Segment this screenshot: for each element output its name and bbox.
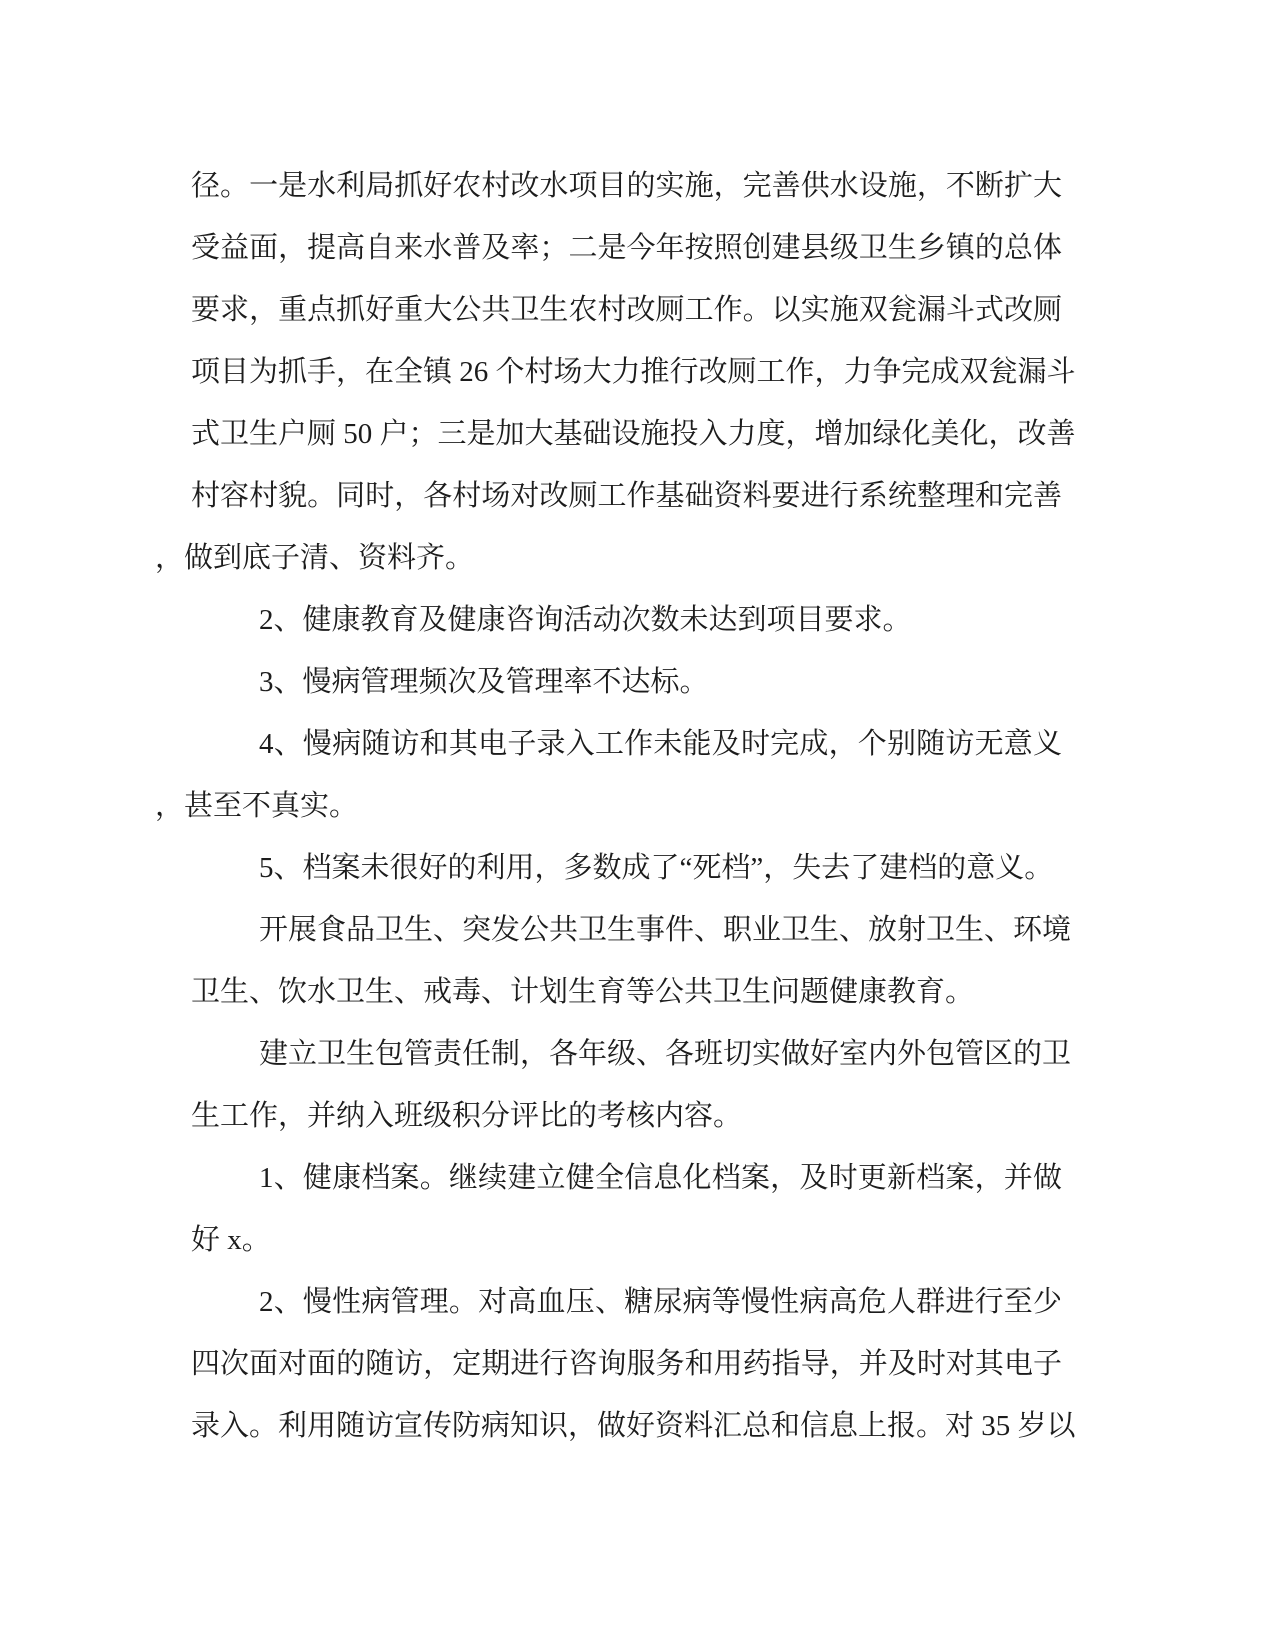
document-viewport: { "page": { "background_color": "#ffffff… bbox=[0, 0, 1275, 1650]
text-line-3: 要求，重点抓好重大公共卫生农村改厕工作。以实施双瓮漏斗式改厕 bbox=[191, 279, 1062, 341]
text-line-18: 好 x。 bbox=[191, 1209, 1062, 1271]
text-line-12: 5、档案未很好的利用，多数成了“死档”，失去了建档的意义。 bbox=[191, 837, 1062, 899]
text-line-7: ，做到底子清、资料齐。 bbox=[191, 527, 1062, 589]
text-line-11: ，甚至不真实。 bbox=[191, 775, 1062, 837]
text-line-19: 2、慢性病管理。对高血压、糖尿病等慢性病高危人群进行至少 bbox=[191, 1271, 1062, 1333]
text-line-13: 开展食品卫生、突发公共卫生事件、职业卫生、放射卫生、环境 bbox=[191, 899, 1062, 961]
text-line-9: 3、慢病管理频次及管理率不达标。 bbox=[191, 651, 1062, 713]
text-line-5: 式卫生户厕 50 户；三是加大基础设施投入力度，增加绿化美化，改善 bbox=[191, 403, 1062, 465]
text-line-21: 录入。利用随访宣传防病知识，做好资料汇总和信息上报。对 35 岁以 bbox=[191, 1395, 1062, 1457]
text-line-17: 1、健康档案。继续建立健全信息化档案，及时更新档案，并做 bbox=[191, 1147, 1062, 1209]
document-page: 径。一是水利局抓好农村改水项目的实施，完善供水设施，不断扩大 受益面，提高自来水… bbox=[191, 155, 1062, 1457]
text-line-2: 受益面，提高自来水普及率；二是今年按照创建县级卫生乡镇的总体 bbox=[191, 217, 1062, 279]
text-line-16: 生工作，并纳入班级积分评比的考核内容。 bbox=[191, 1085, 1062, 1147]
text-line-14: 卫生、饮水卫生、戒毒、计划生育等公共卫生问题健康教育。 bbox=[191, 961, 1062, 1023]
text-line-6: 村容村貌。同时，各村场对改厕工作基础资料要进行系统整理和完善 bbox=[191, 465, 1062, 527]
text-line-15: 建立卫生包管责任制，各年级、各班切实做好室内外包管区的卫 bbox=[191, 1023, 1062, 1085]
text-line-8: 2、健康教育及健康咨询活动次数未达到项目要求。 bbox=[191, 589, 1062, 651]
text-line-4: 项目为抓手，在全镇 26 个村场大力推行改厕工作，力争完成双瓮漏斗 bbox=[191, 341, 1062, 403]
text-line-1: 径。一是水利局抓好农村改水项目的实施，完善供水设施，不断扩大 bbox=[191, 155, 1062, 217]
text-line-20: 四次面对面的随访，定期进行咨询服务和用药指导，并及时对其电子 bbox=[191, 1333, 1062, 1395]
text-line-10: 4、慢病随访和其电子录入工作未能及时完成，个别随访无意义 bbox=[191, 713, 1062, 775]
